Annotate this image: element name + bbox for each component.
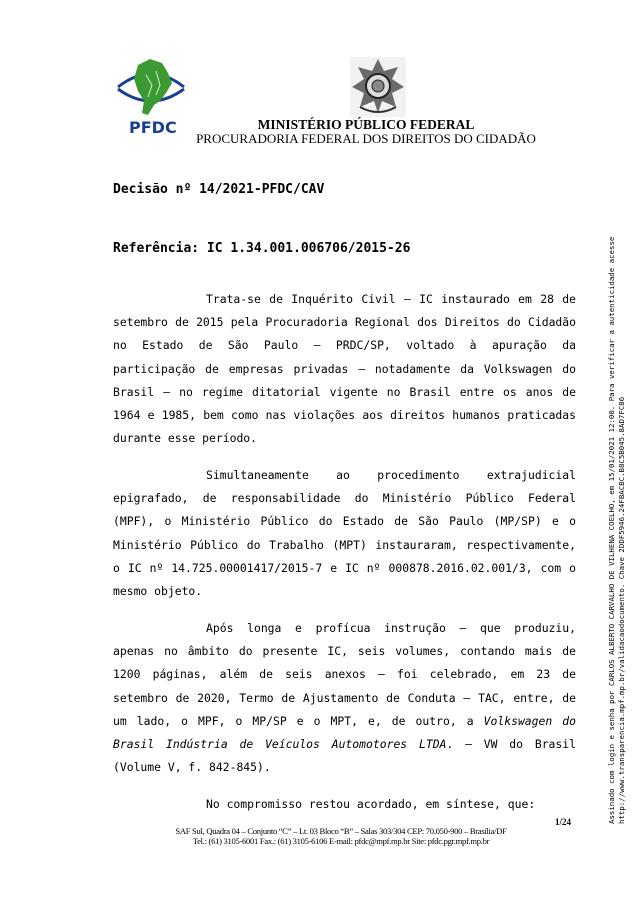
footer-address: SAF Sul, Quadra 04 – Conjunto “C” – Lt. … [0, 826, 632, 836]
signature-stamp: Assinado com login e senha por CARLOS AL… [607, 124, 627, 824]
paragraph-3: Após longa e profícua instrução – que pr… [113, 617, 576, 779]
coat-of-arms-emblem [350, 57, 406, 117]
paragraph-4: No compromisso restou acordado, em sínte… [113, 793, 576, 816]
reference-line: Referência: IC 1.34.001.006706/2015-26 [113, 241, 410, 256]
signature-line-2[interactable]: http://www.transparencia.mpf.mp.br/valid… [617, 124, 627, 824]
paragraph-1-text: Trata-se de Inquérito Civil – IC instaur… [113, 292, 576, 445]
eye-map-icon [116, 55, 186, 117]
signature-line-1: Assinado com login e senha por CARLOS AL… [607, 124, 617, 824]
paragraph-1: Trata-se de Inquérito Civil – IC instaur… [113, 288, 576, 450]
org-subtitle: PROCURADORIA FEDERAL DOS DIREITOS DO CID… [0, 131, 632, 147]
paragraph-3-text: Após longa e profícua instrução – que pr… [113, 621, 576, 728]
paragraph-2: Simultaneamente ao procedimento extrajud… [113, 464, 576, 603]
paragraph-4-text: No compromisso restou acordado, em sínte… [206, 797, 535, 811]
decision-title: Decisão nº 14/2021-PFDC/CAV [113, 182, 324, 197]
paragraph-2-text: Simultaneamente ao procedimento extrajud… [113, 468, 576, 598]
footer-contact: Tel.: (61) 3105-6001 Fax.: (61) 3105-610… [0, 836, 632, 846]
